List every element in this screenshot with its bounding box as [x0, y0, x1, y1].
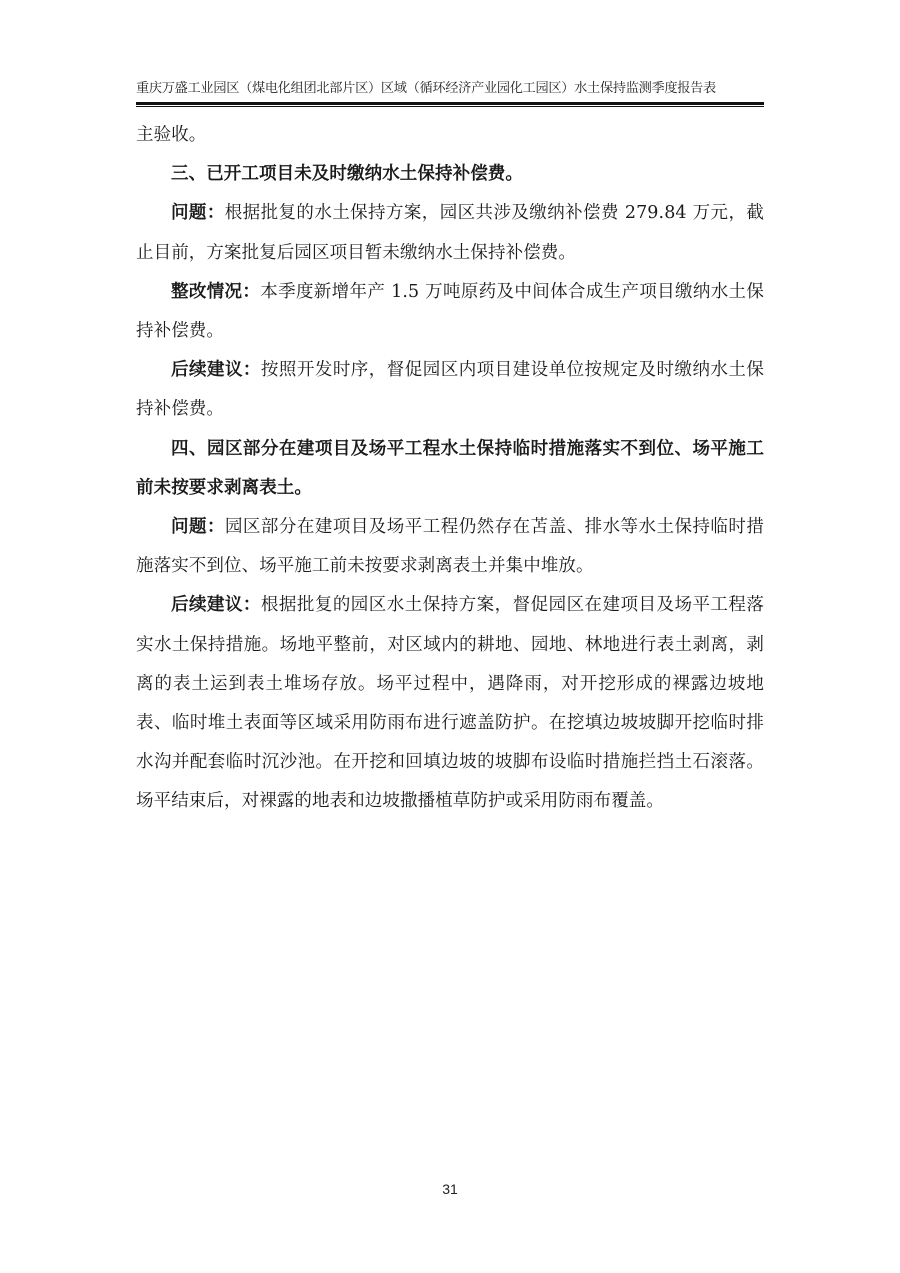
section-3-problem: 问题：根据批复的水土保持方案，园区共涉及缴纳补偿费 279.84 万元，截止目前… — [136, 194, 764, 272]
section-3-rectification: 整改情况：本季度新增年产 1.5 万吨原药及中间体合成生产项目缴纳水土保持补偿费… — [136, 273, 764, 351]
header-rule-thick — [136, 102, 764, 105]
problem-text: 根据批复的水土保持方案，园区共涉及缴纳补偿费 279.84 万元，截止目前，方案… — [136, 203, 764, 262]
section-4-suggestion: 后续建议：根据批复的园区水土保持方案，督促园区在建项目及场平工程落实水土保持措施… — [136, 586, 764, 821]
continuation-paragraph: 主验收。 — [136, 116, 764, 155]
document-body: 主验收。 三、已开工项目未及时缴纳水土保持补偿费。 问题：根据批复的水土保持方案… — [136, 116, 764, 822]
problem-text: 园区部分在建项目及场平工程仍然存在苫盖、排水等水土保持临时措施落实不到位、场平施… — [136, 517, 764, 576]
section-4-heading: 四、园区部分在建项目及场平工程水土保持临时措施落实不到位、场平施工前未按要求剥离… — [136, 430, 764, 508]
suggestion-label: 后续建议： — [171, 595, 261, 615]
section-3-heading: 三、已开工项目未及时缴纳水土保持补偿费。 — [136, 155, 764, 194]
header-rule-thin — [136, 106, 764, 107]
page-number: 31 — [0, 1181, 900, 1197]
page-header: 重庆万盛工业园区（煤电化组团北部片区）区域（循环经济产业园化工园区）水土保持监测… — [136, 80, 764, 107]
problem-label: 问题： — [171, 517, 225, 537]
section-4-problem: 问题：园区部分在建项目及场平工程仍然存在苫盖、排水等水土保持临时措施落实不到位、… — [136, 508, 764, 586]
problem-label: 问题： — [171, 203, 225, 223]
suggestion-text: 根据批复的园区水土保持方案，督促园区在建项目及场平工程落实水土保持措施。场地平整… — [136, 595, 764, 811]
section-3-suggestion: 后续建议：按照开发时序，督促园区内项目建设单位按规定及时缴纳水土保持补偿费。 — [136, 351, 764, 429]
rectification-label: 整改情况： — [171, 282, 260, 302]
suggestion-label: 后续建议： — [171, 360, 261, 380]
report-title: 重庆万盛工业园区（煤电化组团北部片区）区域（循环经济产业园化工园区）水土保持监测… — [136, 80, 764, 98]
